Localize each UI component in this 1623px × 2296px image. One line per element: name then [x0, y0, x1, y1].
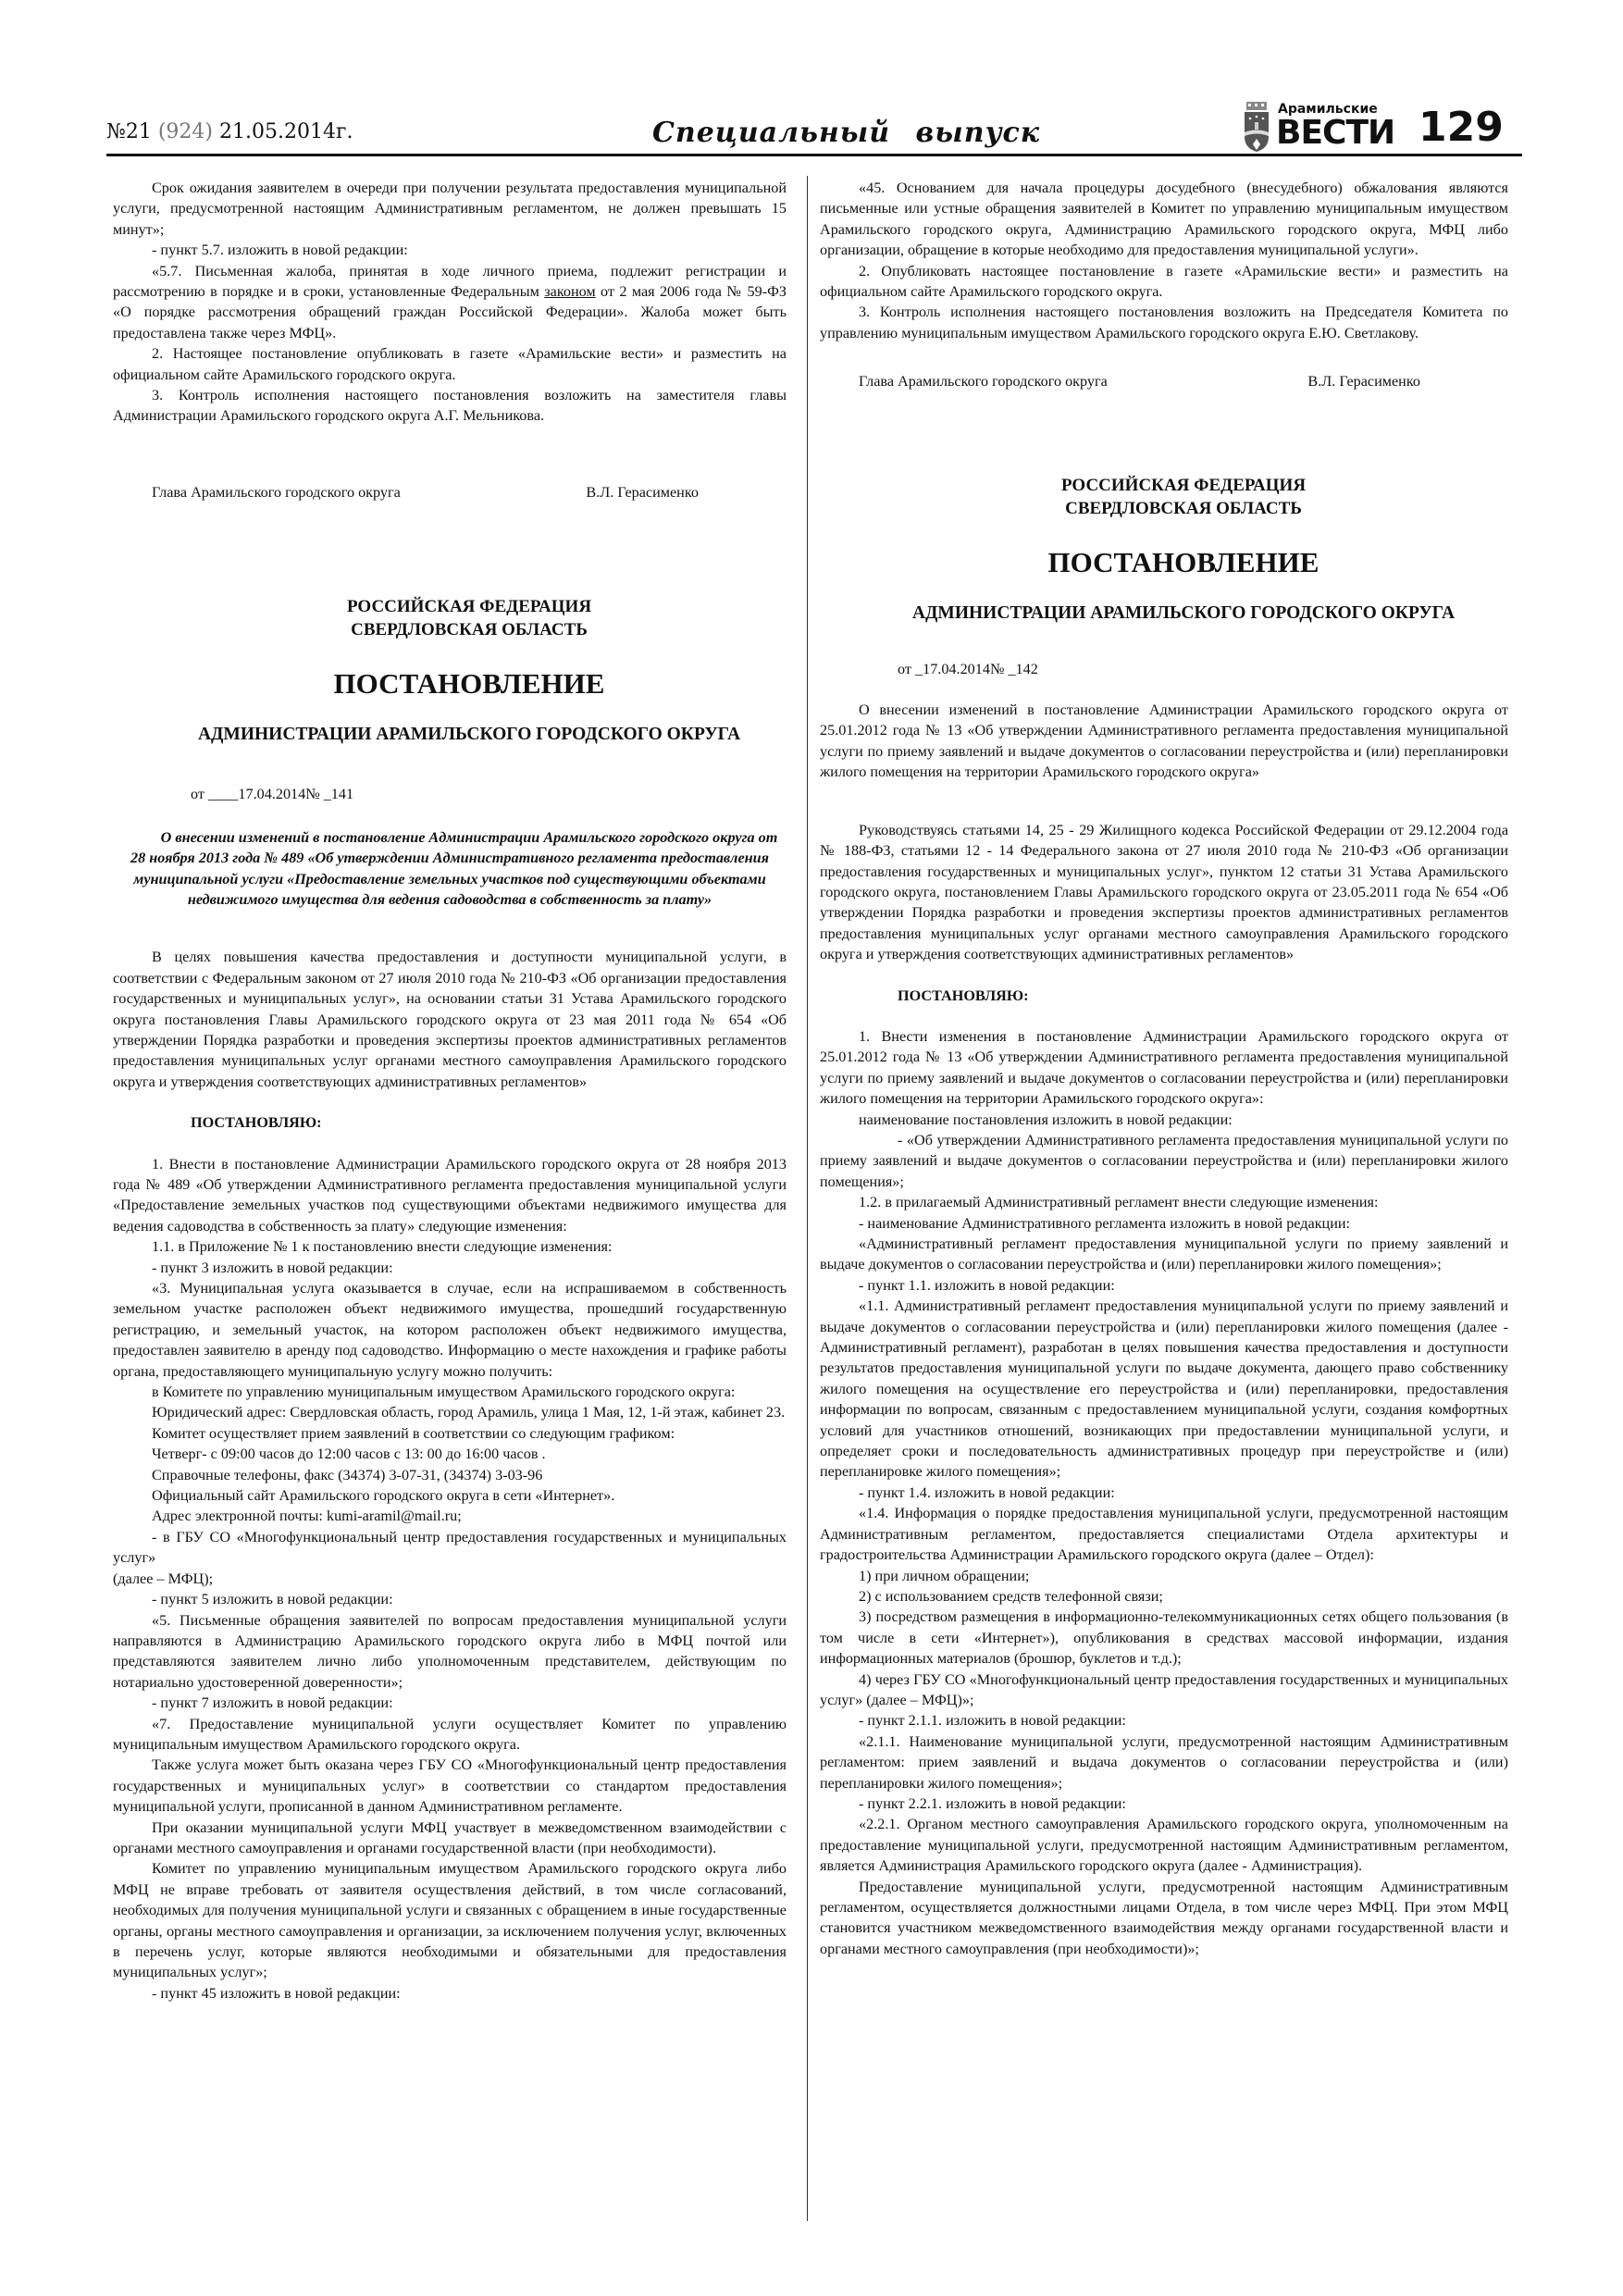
paragraph-5-7: «5.7. Письменная жалоба, принятая в ходе… [113, 261, 787, 344]
issuer-heading: АДМИНИСТРАЦИИ АРАМИЛЬСКОГО ГОРОДСКОГО ОК… [820, 602, 1508, 626]
signature-name: В.Л. Герасименко [1307, 371, 1420, 391]
issue-info: №21 (924) 21.05.2014г. [106, 120, 353, 143]
coat-of-arms-icon [1243, 102, 1270, 152]
issue-number: №21 [106, 120, 152, 143]
paragraph: 3. Контроль исполнения настоящего постан… [820, 302, 1508, 343]
signature-title: Глава Арамильского городского округа [152, 482, 401, 503]
paragraph: 2. Опубликовать настоящее постановление … [820, 261, 1508, 303]
decree-subject: О внесении изменений в постановление Адм… [113, 827, 787, 911]
left-column: Срок ожидания заявителем в очереди при п… [113, 178, 787, 2004]
preamble: Руководствуясь статьями 14, 25 - 29 Жили… [820, 820, 1508, 965]
paragraph: «45. Основанием для начала процедуры дос… [820, 178, 1508, 261]
issue-total: (924) [158, 120, 213, 143]
region-heading: СВЕРДЛОВСКАЯ ОБЛАСТЬ [113, 618, 787, 641]
newspaper-logo: Арамильские ВЕСТИ [1243, 102, 1400, 154]
country-heading: РОССИЙСКАЯ ФЕДЕРАЦИЯ [113, 595, 787, 618]
issue-date: 21.05.2014г. [219, 120, 353, 143]
decree-word: ПОСТАНОВЛЯЮ: [820, 986, 1508, 1006]
decree-date: от ____17.04.2014№ _141 [113, 784, 787, 804]
paragraph: 2. Настоящее постановление опубликовать … [113, 343, 787, 385]
decree-title: ПОСТАНОВЛЕНИЕ [820, 544, 1508, 581]
signature-block: Глава Арамильского городского округа В.Л… [113, 482, 787, 503]
issuer-heading: АДМИНИСТРАЦИИ АРАМИЛЬСКОГО ГОРОДСКОГО ОК… [113, 723, 787, 747]
header-divider [106, 154, 1522, 156]
page-number: 129 [1419, 104, 1504, 151]
decree-title: ПОСТАНОВЛЕНИЕ [113, 665, 787, 702]
signature-block: Глава Арамильского городского округа В.Л… [820, 371, 1508, 391]
email: Адрес электронной почты: kumi-aramil@mai… [113, 1506, 787, 1526]
paragraph: Срок ожидания заявителем в очереди при п… [113, 178, 787, 240]
decree-body: 1. Внести изменения в постановление Адми… [820, 1026, 1508, 1959]
right-column: «45. Основанием для начала процедуры дос… [820, 178, 1508, 1959]
region-heading: СВЕРДЛОВСКАЯ ОБЛАСТЬ [820, 497, 1508, 520]
section-title: Специальный выпуск [652, 117, 1040, 149]
decree-subject: О внесении изменений в постановление Адм… [820, 700, 1508, 783]
new-name: - «Об утверждении Административного регл… [820, 1130, 1508, 1192]
paragraph: 3. Контроль исполнения настоящего постан… [113, 385, 787, 427]
logo-big-text: ВЕСТИ [1276, 115, 1394, 152]
decree-date: от _17.04.2014№ _142 [820, 659, 1508, 679]
law-link[interactable]: законом [544, 283, 595, 300]
column-divider [807, 176, 808, 2221]
preamble: В целях повышения качества предоставлени… [113, 947, 787, 1092]
page-header: №21 (924) 21.05.2014г. Специальный выпус… [106, 109, 1522, 155]
signature-title: Глава Арамильского городского округа [859, 371, 1108, 391]
decree-body: 1. Внести в постановление Администрации … [113, 1154, 787, 2004]
signature-name: В.Л. Герасименко [586, 482, 699, 503]
paragraph: - пункт 5.7. изложить в новой редакции: [113, 240, 787, 260]
decree-word: ПОСТАНОВЛЯЮ: [113, 1112, 787, 1133]
country-heading: РОССИЙСКАЯ ФЕДЕРАЦИЯ [820, 474, 1508, 497]
